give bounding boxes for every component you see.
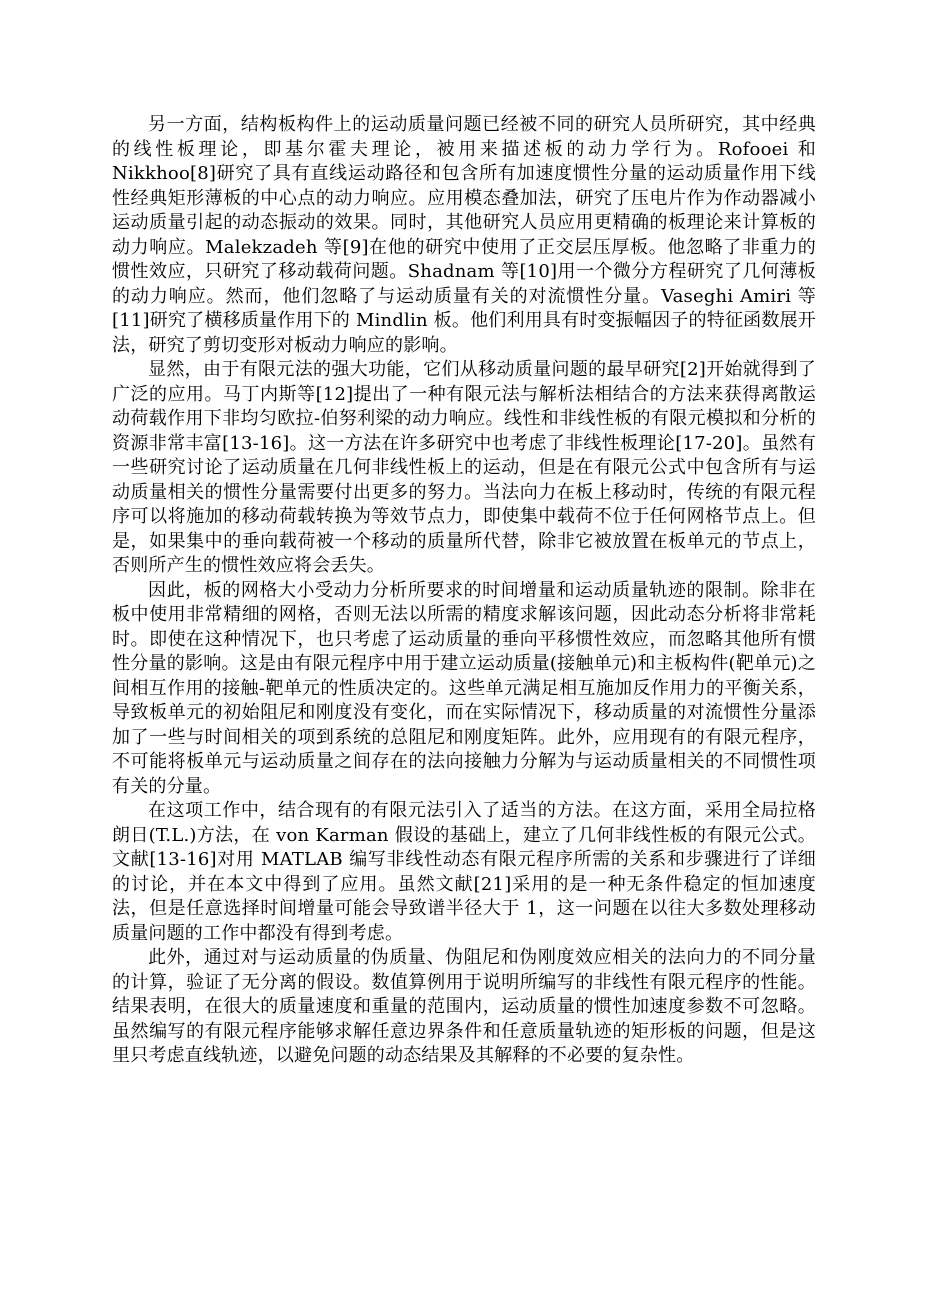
document-page: 另一方面，结构板构件上的运动质量问题已经被不同的研究人员所研究，其中经典的线性板… — [0, 0, 926, 1309]
paragraph-4: 在这项工作中，结合现有的有限元法引入了适当的方法。在这方面，采用全局拉格朗日(T… — [112, 799, 816, 946]
paragraph-5: 此外，通过对与运动质量的伪质量、伪阻尼和伪刚度效应相关的法向力的不同分量的计算，… — [112, 946, 816, 1069]
paragraph-2: 显然，由于有限元法的强大功能，它们从移动质量问题的最早研究[2]开始就得到了广泛… — [112, 358, 816, 579]
paragraph-3: 因此，板的网格大小受动力分析所要求的时间增量和运动质量轨迹的限制。除非在板中使用… — [112, 579, 816, 800]
paragraph-1: 另一方面，结构板构件上的运动质量问题已经被不同的研究人员所研究，其中经典的线性板… — [112, 113, 816, 358]
text-block: 另一方面，结构板构件上的运动质量问题已经被不同的研究人员所研究，其中经典的线性板… — [112, 113, 816, 1069]
